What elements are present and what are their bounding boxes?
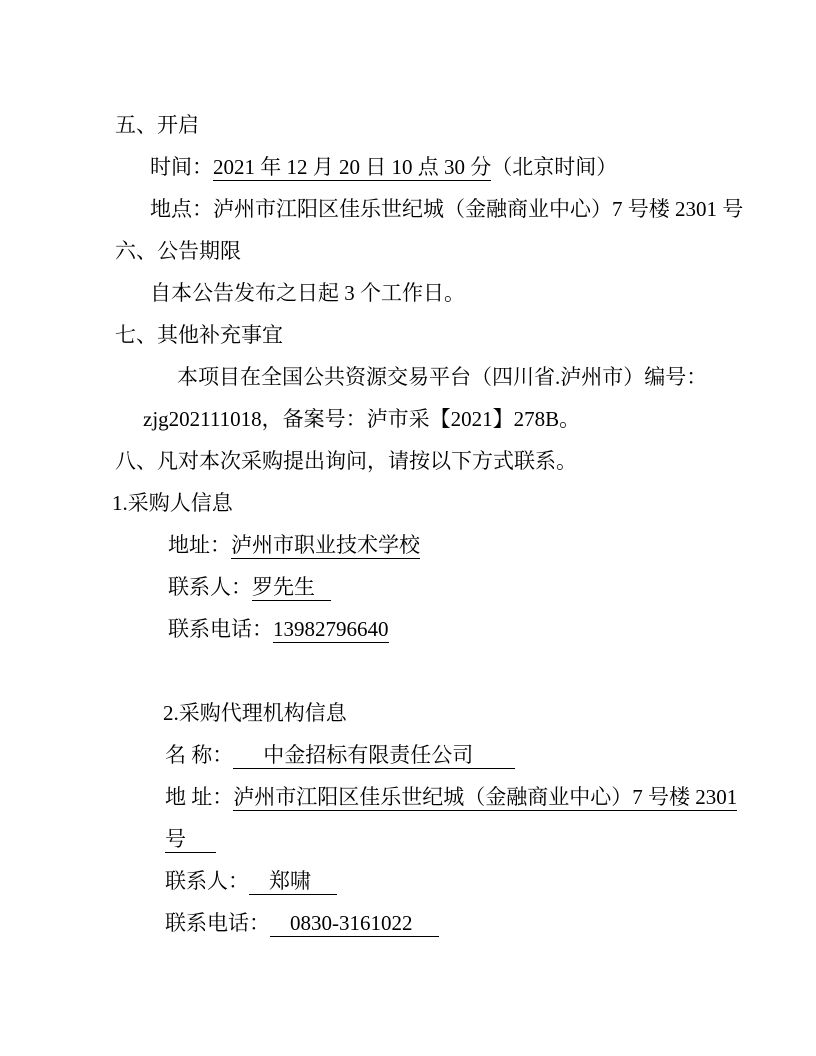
agency-contact-line: 联系人：郑啸 [165, 860, 816, 902]
agency-name-value: 中金招标有限责任公司 [233, 743, 515, 769]
agency-address-line2: 号 [165, 818, 816, 860]
open-place-line: 地点：泸州市江阳区佳乐世纪城（金融商业中心）7 号楼 2301 号 [150, 188, 816, 230]
agency-phone-value: 0830-3161022 [270, 911, 439, 937]
open-place-label: 地点： [150, 197, 213, 221]
agency-contact-value: 郑啸 [249, 869, 337, 895]
section8-heading: 八、凡对本次采购提出询问，请按以下方式联系。 [115, 440, 816, 482]
open-time-label: 时间： [150, 155, 213, 179]
document-page: 五、开启 时间：2021 年 12 月 20 日 10 点 30 分（北京时间）… [0, 0, 816, 1056]
purchaser-contact-value: 罗先生 [252, 575, 331, 601]
purchaser-address-value: 泸州市职业技术学校 [231, 533, 420, 559]
section7-paragraph-line2: zjg202111018，备案号：泸市采【2021】278B。 [143, 398, 816, 440]
section6-heading: 六、公告期限 [115, 230, 816, 272]
purchaser-contact-label: 联系人： [168, 575, 252, 599]
open-time-line: 时间：2021 年 12 月 20 日 10 点 30 分（北京时间） [150, 146, 816, 188]
purchaser-address-line: 地址：泸州市职业技术学校 [168, 524, 816, 566]
agency-contact-label: 联系人： [165, 869, 249, 893]
agency-address-line1: 地 址：泸州市江阳区佳乐世纪城（金融商业中心）7 号楼 2301 [165, 776, 816, 818]
purchaser-title: 1.采购人信息 [112, 482, 816, 524]
section5-heading: 五、开启 [115, 104, 816, 146]
agency-address-value-line2: 号 [165, 827, 216, 853]
open-place-value: 泸州市江阳区佳乐世纪城（金融商业中心）7 号楼 2301 号 [213, 197, 743, 221]
section7-paragraph-line1: 本项目在全国公共资源交易平台（四川省.泸州市）编号： [177, 356, 816, 398]
purchaser-phone-line: 联系电话：13982796640 [168, 608, 816, 650]
purchaser-address-label: 地址： [168, 533, 231, 557]
agency-name-line: 名 称：中金招标有限责任公司 [165, 734, 816, 776]
agency-name-label: 名 称： [165, 743, 233, 767]
agency-title: 2.采购代理机构信息 [163, 692, 816, 734]
notice-period-text: 自本公告发布之日起 3 个工作日。 [150, 272, 816, 314]
purchaser-contact-line: 联系人：罗先生 [168, 566, 816, 608]
agency-phone-label: 联系电话： [165, 911, 270, 935]
blank-line [0, 650, 816, 692]
purchaser-phone-label: 联系电话： [168, 617, 273, 641]
agency-phone-line: 联系电话：0830-3161022 [165, 902, 816, 944]
purchaser-phone-value: 13982796640 [273, 617, 389, 643]
open-time-value: 2021 年 12 月 20 日 10 点 30 分 [213, 155, 491, 181]
agency-address-value-line1: 泸州市江阳区佳乐世纪城（金融商业中心）7 号楼 2301 [233, 785, 737, 811]
open-time-suffix: （北京时间） [491, 155, 617, 179]
section7-heading: 七、其他补充事宜 [115, 314, 816, 356]
agency-address-label: 地 址： [165, 785, 233, 809]
